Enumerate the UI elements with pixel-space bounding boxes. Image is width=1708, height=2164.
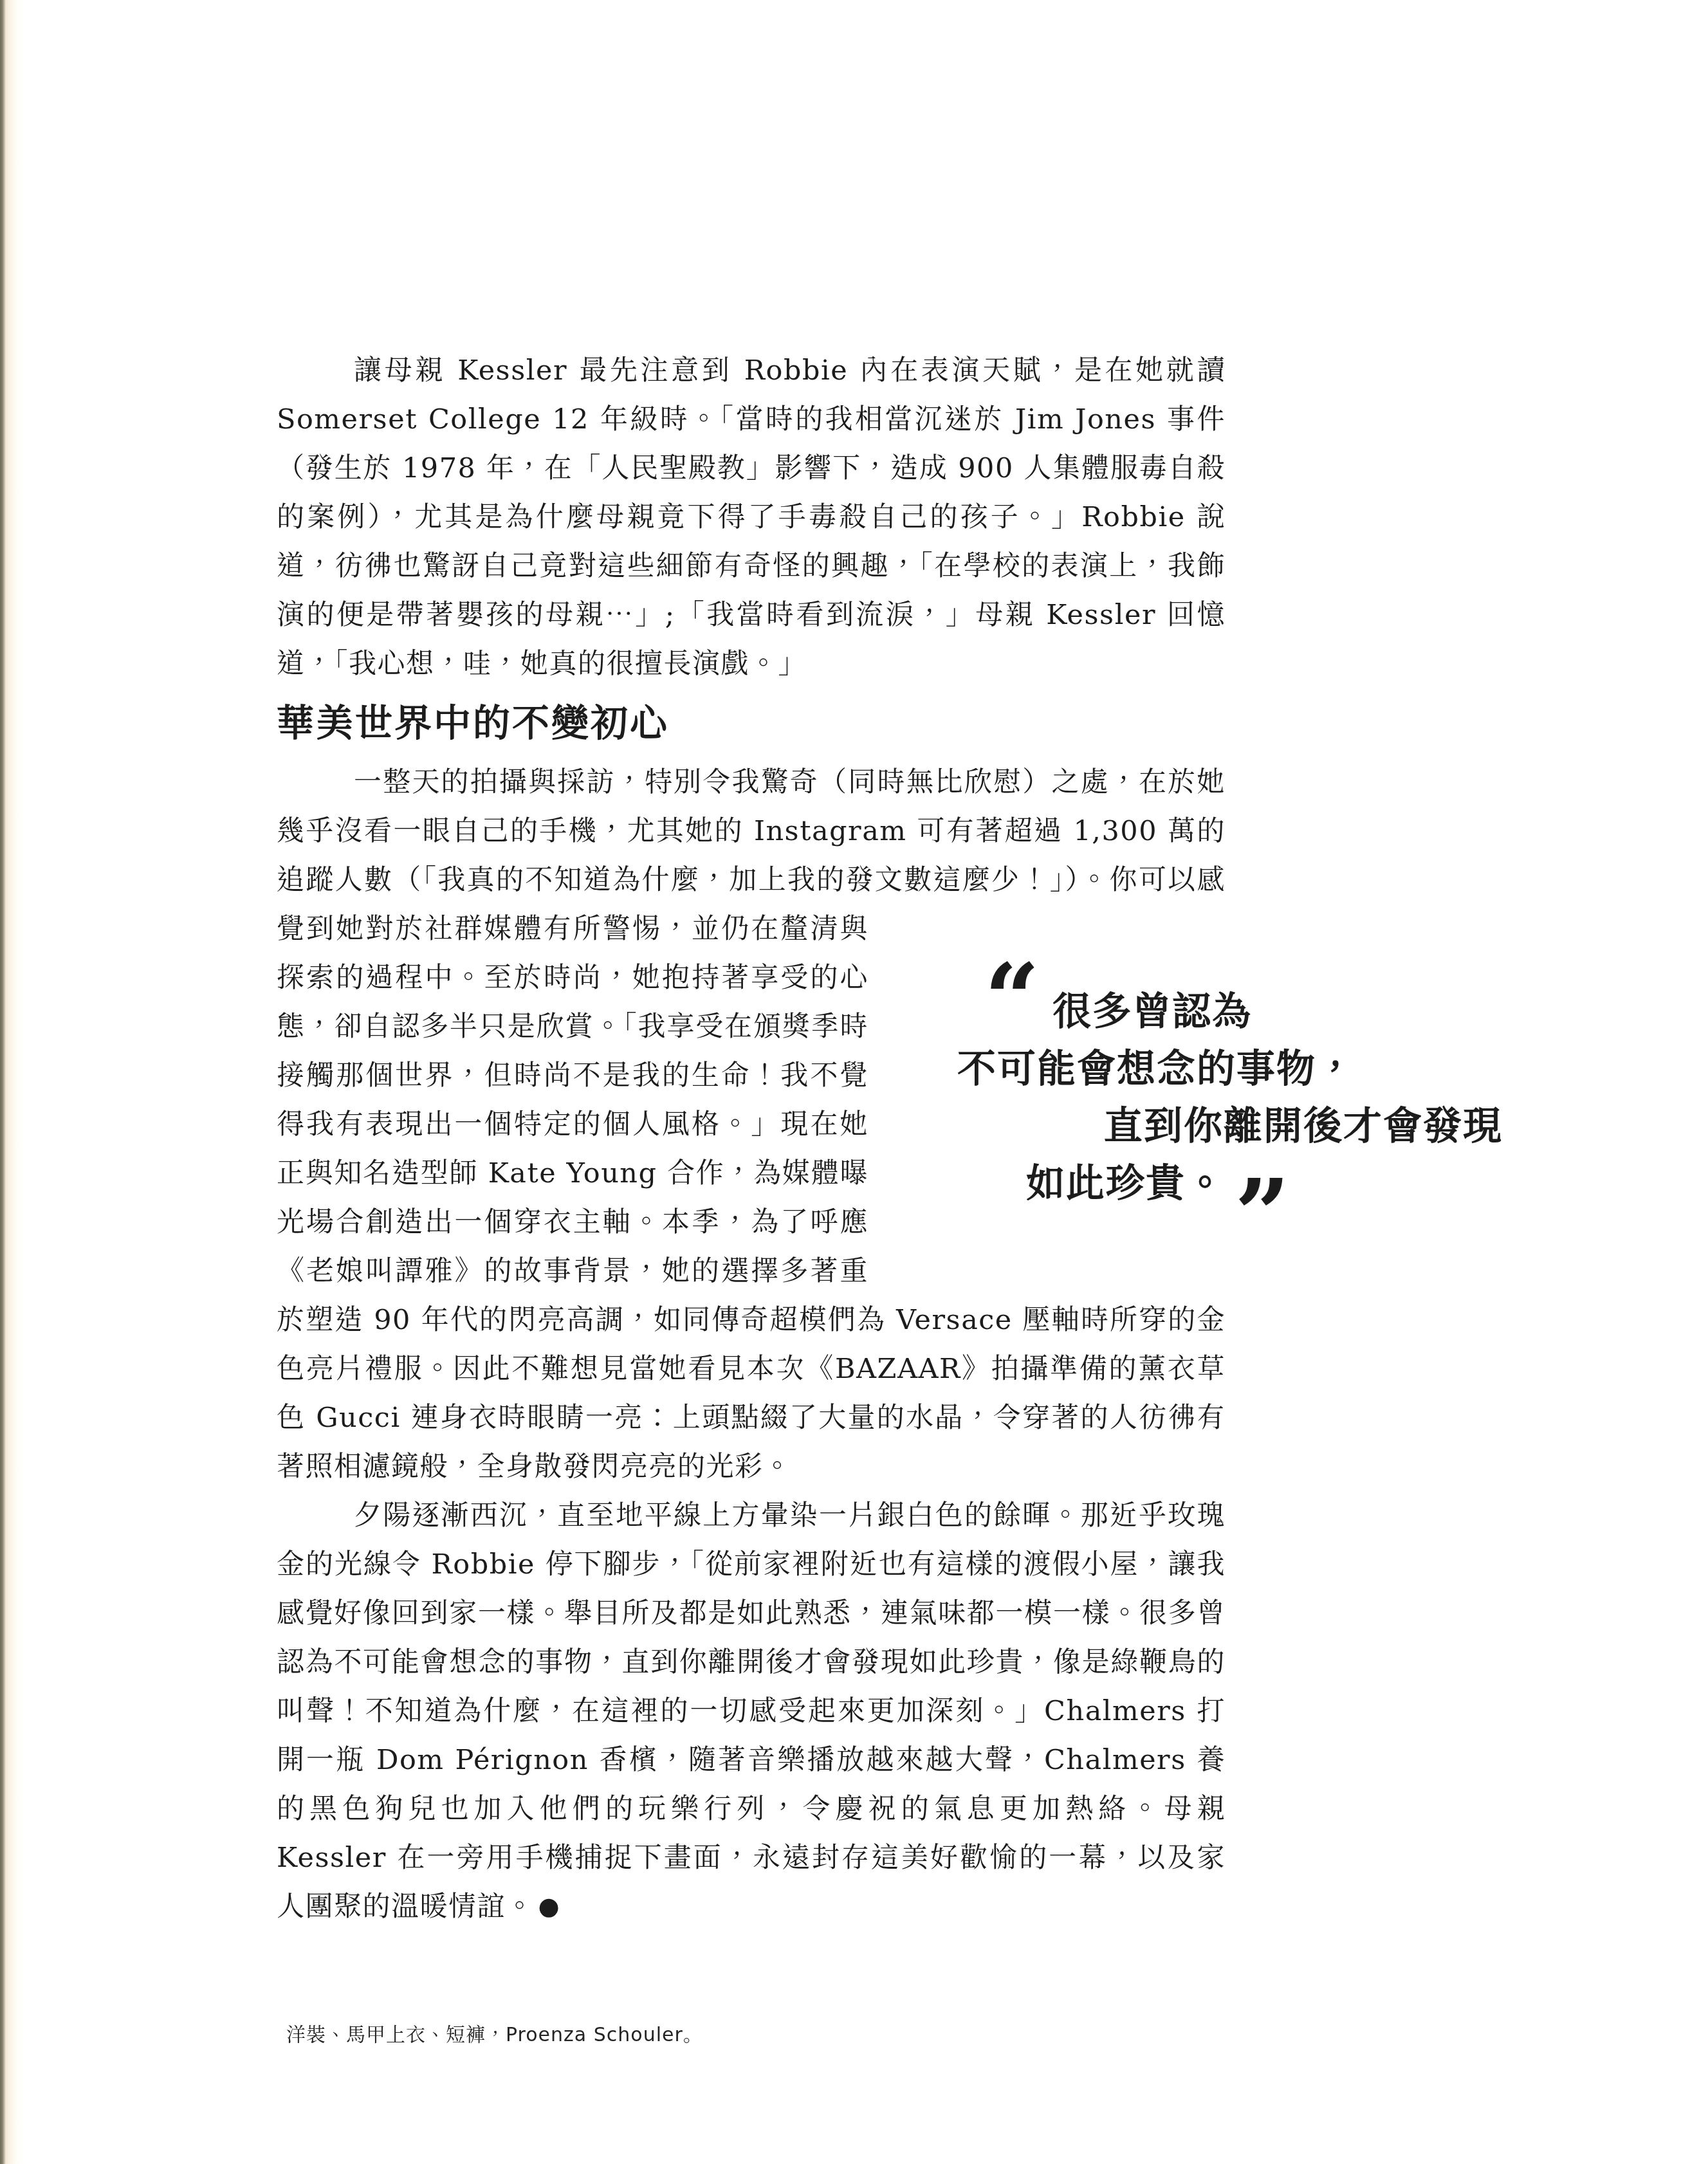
page-edge-strip xyxy=(0,0,24,2164)
paragraph-2: 一整天的拍攝與採訪，特別令我驚奇（同時無比欣慰）之處，在於她幾乎沒看一眼自己的手… xyxy=(277,758,1226,1491)
pull-quote: “很多曾認為不可能會想念的事物，直到你離開後才會發現如此珍貴。” xyxy=(952,904,1538,1293)
paragraph-1: 讓母親 Kessler 最先注意到 Robbie 內在表演天賦，是在她就讀 So… xyxy=(277,346,1226,688)
pull-quote-line-1-text: 很多曾認為 xyxy=(1052,989,1252,1034)
pull-quote-line-3: 直到你離開後才會發現 xyxy=(1104,1098,1538,1155)
article-body: 讓母親 Kessler 最先注意到 Robbie 內在表演天賦，是在她就讀 So… xyxy=(277,346,1226,1931)
photo-credit-caption: 洋裝、馬甲上衣、短褲，Proenza Schouler。 xyxy=(286,2019,703,2047)
pull-quote-line-4: 如此珍貴。” xyxy=(1026,1155,1538,1215)
pull-quote-line-2: 不可能會想念的事物， xyxy=(957,1041,1538,1098)
pull-quote-line-1: “很多曾認為 xyxy=(984,984,1538,1041)
paragraph-3-text: 夕陽逐漸西沉，直至地平線上方暈染一片銀白色的餘暉。那近乎玫瑰金的光線令 Robb… xyxy=(277,1499,1226,1923)
article-end-mark: ● xyxy=(535,1892,560,1920)
paragraph-3: 夕陽逐漸西沉，直至地平線上方暈染一片銀白色的餘暉。那近乎玫瑰金的光線令 Robb… xyxy=(277,1491,1226,1931)
paragraph-1-text: 讓母親 Kessler 最先注意到 Robbie 內在表演天賦，是在她就讀 So… xyxy=(277,354,1226,680)
section-heading: 華美世界中的不變初心 xyxy=(277,696,1226,750)
magazine-page: 讓母親 Kessler 最先注意到 Robbie 內在表演天賦，是在她就讀 So… xyxy=(0,0,1708,2164)
pull-quote-line-4-text: 如此珍貴。 xyxy=(1026,1161,1226,1206)
